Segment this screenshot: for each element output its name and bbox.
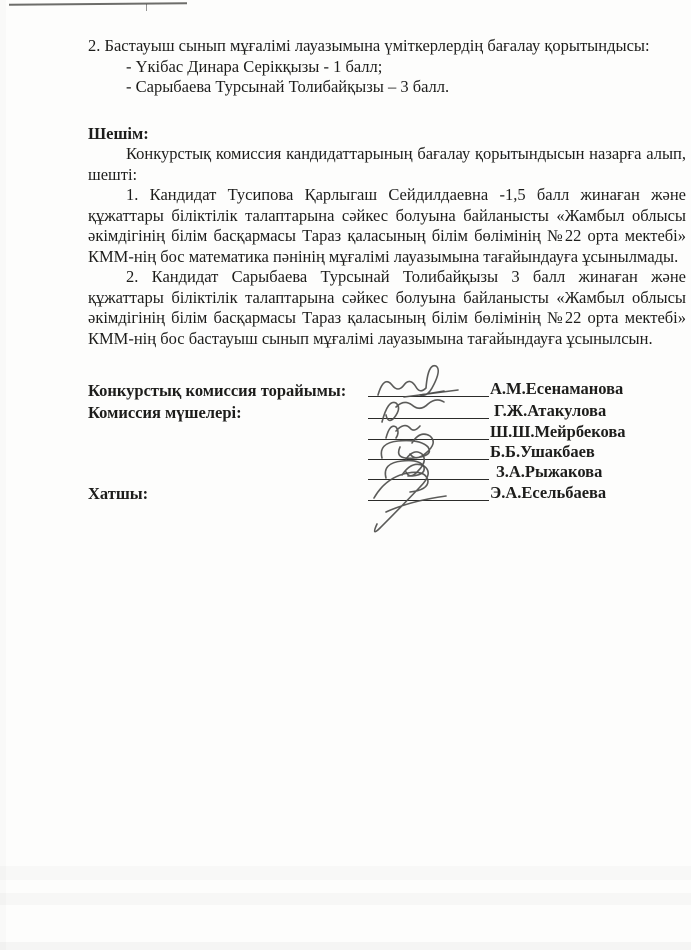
signature-line xyxy=(368,479,489,480)
scan-artifact-tick xyxy=(146,4,147,11)
decision-item-1: 1. Кандидат Тусипова Қарлыгаш Сейдилдаев… xyxy=(88,185,686,267)
evaluation-results-heading: 2. Бастауыш сынып мұғалімі лауазымына үм… xyxy=(88,36,686,57)
secretary-label: Хатшы: xyxy=(88,484,148,504)
candidate-score-item: - Сарыбаева Турсынай Толибайқызы – 3 бал… xyxy=(126,77,686,98)
decision-heading: Шешім: xyxy=(88,124,686,145)
signatory-name: Б.Б.Ушакбаев xyxy=(490,442,595,462)
signature-line xyxy=(368,500,489,501)
document-body: 2. Бастауыш сынып мұғалімі лауазымына үм… xyxy=(88,36,686,349)
signature-icon xyxy=(385,452,424,478)
signatory-name: З.А.Рыжакова xyxy=(496,462,602,482)
signature-line xyxy=(368,418,489,419)
scan-artifact-line xyxy=(9,2,187,6)
decision-item-2: 2. Кандидат Сарыбаева Турсынай Толибайқы… xyxy=(88,267,686,349)
signature-icon xyxy=(381,434,433,458)
signature-line xyxy=(368,396,489,397)
scan-smudge xyxy=(0,942,691,950)
decision-intro-paragraph: Конкурстық комиссия кандидаттарының баға… xyxy=(88,144,686,185)
signatory-name: Г.Ж.Атакулова xyxy=(494,401,606,421)
signature-line xyxy=(368,459,489,460)
signature-icon xyxy=(378,366,444,396)
commission-members-label: Комиссия мүшелері: xyxy=(88,403,242,423)
scan-smudge xyxy=(0,893,691,905)
signatory-name: Ш.Ш.Мейрбекова xyxy=(490,422,626,442)
scanned-document-page: 2. Бастауыш сынып мұғалімі лауазымына үм… xyxy=(0,0,691,950)
signatory-name: А.М.Есенаманова xyxy=(490,379,623,399)
signature-icon xyxy=(386,426,420,438)
signatory-name: Э.А.Есельбаева xyxy=(490,483,606,503)
signature-line xyxy=(368,439,489,440)
scan-smudge xyxy=(0,866,691,880)
signature-icon xyxy=(374,464,446,531)
commission-chair-label: Конкурстық комиссия торайымы: xyxy=(88,381,346,401)
scan-smudge xyxy=(0,0,6,950)
candidate-score-item: - Үкібас Динара Серікқызы - 1 балл; xyxy=(126,57,686,78)
